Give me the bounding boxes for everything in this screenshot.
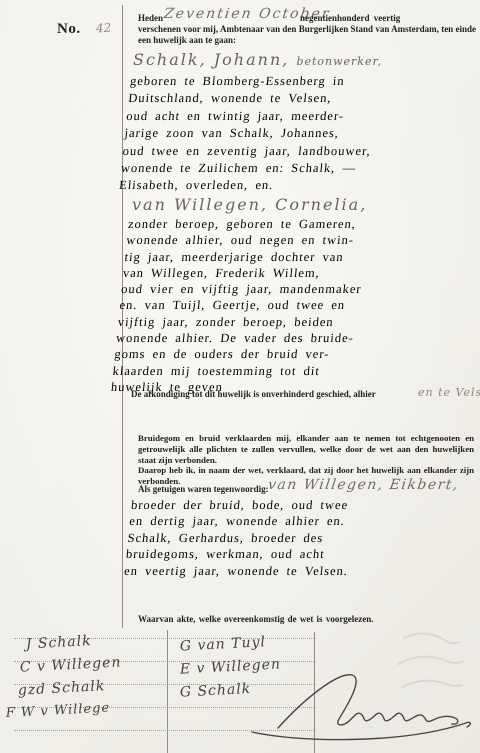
handwritten-line: vijftig jaar, zonder beroep, beiden [117, 314, 359, 330]
handwritten-line: Elisabeth, overleden, en. [118, 177, 368, 194]
intro-line2: verschenen voor mij, Ambtenaar van den B… [138, 24, 476, 34]
handwritten-line: en dertig jaar, wonende alhier en. [129, 513, 355, 529]
handwritten-line: broeder der bruid, bode, oud twee [130, 497, 356, 513]
witnesses-label: Als getuigen waren tegenwoordig: [138, 484, 269, 494]
intro-line1-suffix: negentienhonderd veertig [300, 13, 400, 23]
handwritten-line: en. van Tuijl, Geertje, oud twee en [119, 297, 361, 313]
signature-column-divider-1 [167, 630, 168, 753]
handwritten-line: zonder beroep, geboren te Gameren, [127, 216, 369, 232]
handwritten-line: Duitschland, wonende te Velsen, [127, 90, 377, 107]
banns-printed-line: De afkondiging tot dit huwelijk is onver… [131, 389, 376, 399]
bride-details-handwritten: zonder beroep, geboren te Gameren,wonend… [110, 216, 369, 395]
bride-name-handwritten: van Willegen, Cornelia, [132, 195, 367, 214]
witness-first-handwritten: van Willegen, Eikbert, [267, 477, 460, 493]
act-number-value: 42 [96, 20, 112, 35]
intro-line1-prefix: Heden [138, 13, 163, 23]
act-number-label: No. [57, 21, 81, 38]
intro-line3: een huwelijk aan te gaan: [138, 35, 236, 45]
signatures-column-1: J SchalkC v Willegengzd SchalkF W v Will… [18, 634, 122, 726]
signature: F W v Willege [5, 700, 122, 729]
handwritten-line: van Willegen, Frederik Willem, [122, 265, 364, 281]
witness-details-handwritten: broeder der bruid, bode, oud tweeen dert… [123, 497, 355, 579]
document-page: No. 42 Heden Zeventien October negentien… [0, 0, 480, 753]
printed-line: Daarop heb ik, in naam der wet, verklaar… [138, 465, 474, 476]
handwritten-line: oud twee en zeventig jaar, landbouwer, [122, 143, 372, 160]
printed-line: staat zijn verbonden. [138, 455, 474, 466]
handwritten-line: Schalk, Gerhardus, broeder des [127, 530, 353, 546]
printed-line: Bruidegom en bruid verklaarden mij, elka… [138, 433, 474, 444]
handwritten-line: en veertig jaar, wonende te Velsen. [123, 563, 349, 579]
printed-line: getrouwelijk alle plichten te zullen ver… [138, 444, 474, 455]
groom-occupation: betonwerker, [296, 55, 382, 68]
groom-name-main: Schalk, Johann, [133, 50, 289, 69]
handwritten-line: geboren te Blomberg-Essenberg in [129, 73, 379, 90]
handwritten-line: oud vier en vijftig jaar, mandenmaker [120, 281, 362, 297]
groom-details-handwritten: geboren te Blomberg-Essenberg inDuitschl… [118, 73, 379, 195]
declaration-paragraph-1: Bruidegom en bruid verklaarden mij, elka… [138, 433, 474, 465]
banns-handwritten-place: en te Velsen. [418, 386, 480, 399]
handwritten-line: oud acht en twintig jaar, meerder- [126, 108, 376, 125]
handwritten-line: wonende alhier, oud negen en twin- [126, 232, 368, 248]
handwritten-line: wonende alhier. De vader des bruide- [115, 330, 357, 346]
handwritten-line: tig jaar, meerderjarige dochter van [124, 249, 366, 265]
closing-printed-line: Waarvan akte, welke overeenkomstig de we… [138, 614, 374, 624]
handwritten-line: jarige zoon van Schalk, Johannes, [124, 125, 374, 142]
ink-bleedthrough [390, 624, 478, 712]
groom-name-handwritten: Schalk, Johann, betonwerker, [133, 50, 382, 69]
handwritten-line: bruidegoms, werkman, oud acht [125, 546, 351, 562]
handwritten-line: goms en de ouders der bruid ver- [114, 346, 356, 362]
handwritten-line: klaarden mij toestemming tot dit [112, 363, 354, 379]
handwritten-line: wonende te Zuilichem en: Schalk, — [120, 160, 370, 177]
